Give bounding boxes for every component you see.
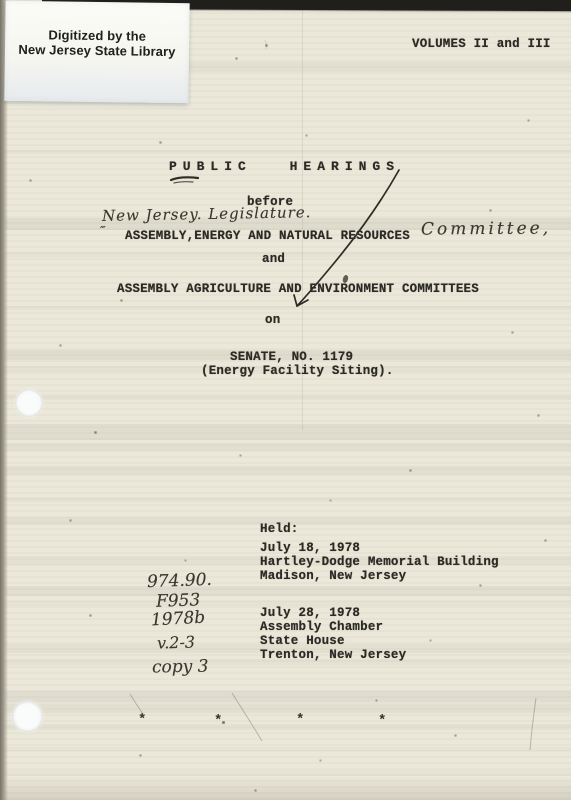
call-number-copy: copy 3 — [152, 657, 209, 678]
pen-annotation-overlay — [0, 0, 571, 800]
insertion-tick-mark: ‴ — [100, 224, 106, 237]
call-number-volume: v.2-3 — [157, 632, 196, 652]
asterisk-mark: * — [296, 712, 304, 728]
sticker-line-2: New Jersey State Library — [18, 42, 175, 60]
hearing1-date: July 18, 1978 — [260, 541, 360, 555]
asterisk-mark: * — [214, 713, 222, 729]
asterisk-mark: * — [378, 713, 386, 729]
handwritten-legislature: New Jersey. Legislature. — [102, 203, 312, 225]
held-label: Held: — [260, 522, 299, 536]
call-number-class: 974.90. — [147, 570, 213, 592]
hearing2-city: Trenton, New Jersey — [260, 648, 406, 662]
hearing1-venue: Hartley-Dodge Memorial Building — [260, 555, 499, 569]
scan-left-edge — [0, 0, 8, 800]
committee-line-agriculture: ASSEMBLY AGRICULTURE AND ENVIRONMENT COM… — [117, 282, 479, 296]
bill-number: SENATE, NO. 1179 — [230, 350, 353, 364]
bill-subject: (Energy Facility Siting). — [201, 364, 394, 378]
page-title: PUBLIC HEARINGS — [169, 159, 400, 174]
and-label: and — [262, 252, 285, 266]
volume-label: VOLUMES II and III — [412, 37, 551, 51]
call-number-year: 1978b — [151, 608, 206, 631]
hearing2-date: July 28, 1978 — [260, 606, 360, 620]
committee-line-energy: ASSEMBLY,ENERGY AND NATURAL RESOURCES — [125, 229, 410, 243]
hearing2-venue: Assembly Chamber — [260, 620, 383, 634]
hearing2-building: State House — [260, 634, 345, 648]
asterisk-mark: * — [138, 712, 146, 728]
on-label: on — [265, 313, 280, 327]
hearing1-city: Madison, New Jersey — [260, 569, 406, 583]
hole-punch-top — [15, 389, 43, 417]
digitized-sticker: Digitized by the New Jersey State Librar… — [4, 1, 189, 104]
scanned-document-page: Digitized by the New Jersey State Librar… — [0, 0, 571, 800]
annotation-arrow-barb — [294, 295, 297, 306]
handwritten-committee: Committee, — [421, 218, 551, 239]
title-underline-stroke — [171, 177, 198, 180]
sticker-text: Digitized by the New Jersey State Librar… — [18, 26, 175, 59]
hole-punch-bottom — [12, 701, 43, 732]
